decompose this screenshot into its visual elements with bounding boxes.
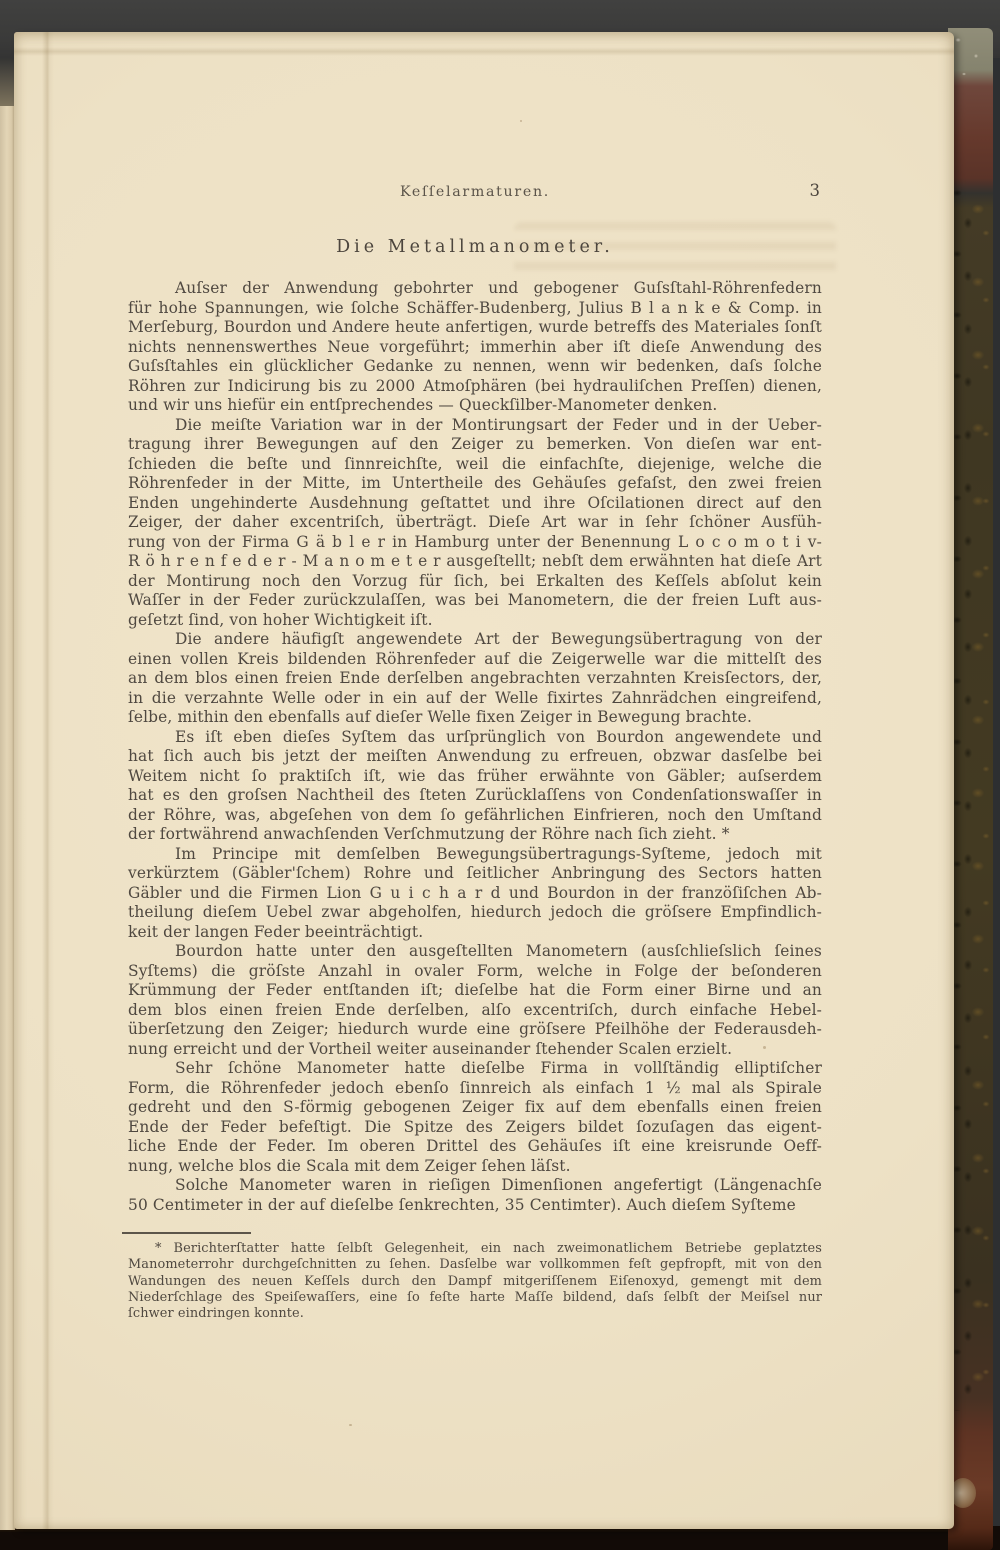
- text-line: Auſser der Anwendung gebohrter und gebog…: [128, 279, 822, 299]
- text-line: hat ſich auch bis jetzt der meiſten Anwe…: [128, 747, 822, 767]
- book-cover-marbled-edge: [948, 28, 993, 1550]
- text-line: ſchwer eindringen konnte.: [128, 1306, 822, 1322]
- text-line: ſelbe, mithin den ebenfalls auf dieſer W…: [128, 708, 822, 728]
- text-line: der fortwährend anwachſenden Verſchmutzu…: [128, 825, 822, 845]
- text-line: für hohe Spannungen, wie ſolche Schäffer…: [128, 299, 822, 319]
- text-line: überſetzung den Zeiger; hiedurch wurde e…: [128, 1020, 822, 1040]
- text-line: Es iſt eben dieſes Syſtem das urſprüngli…: [128, 728, 822, 748]
- text-line: Enden ungehinderte Ausdehnung geſtattet …: [128, 494, 822, 514]
- body-paragraph: Auſser der Anwendung gebohrter und gebog…: [128, 279, 822, 416]
- underlying-page-edge: [0, 106, 15, 1530]
- text-line: ſchieden die beſte und ſinnreichſte, wei…: [128, 455, 822, 475]
- paper-speck: [349, 1424, 352, 1426]
- text-line: Waſſer in der Feder zurückzulaſſen, was …: [128, 591, 822, 611]
- text-line: Guſsſtahles ein glücklicher Gedanke zu n…: [128, 357, 822, 377]
- text-line: Röhren zur Indicirung bis zu 2000 Atmoſp…: [128, 377, 822, 397]
- text-line: der Montirung noch den Vorzug für ſich, …: [128, 572, 822, 592]
- section-title: Die Metallmanometer.: [128, 237, 822, 259]
- text-line: keit der langen Feder beeinträchtigt.: [128, 923, 822, 943]
- text-line: einen vollen Kreis bildenden Röhrenfeder…: [128, 650, 822, 670]
- text-line: an dem blos einen freien Ende derſelben …: [128, 669, 822, 689]
- text-line: verkürztem (Gäbler'ſchem) Rohre und ſeit…: [128, 864, 822, 884]
- text-line: nung erreicht und der Vortheil weiter au…: [128, 1040, 822, 1060]
- text-line: Wandungen des neuen Keſſels durch den Da…: [128, 1274, 822, 1290]
- body-paragraph: Solche Manometer waren in rieſigen Dimen…: [128, 1176, 822, 1215]
- body-paragraph: Die meiſte Variation war in der Montirun…: [128, 416, 822, 631]
- body-paragraph: Sehr ſchöne Manometer hatte dieſelbe Fir…: [128, 1059, 822, 1176]
- running-header: Keſſelarmaturen.: [400, 184, 550, 200]
- text-line: dem blos einen freien Ende derſelben, al…: [128, 1001, 822, 1021]
- text-line: Bourdon hatte unter den ausgeſtellten Ma…: [128, 942, 822, 962]
- text-block: Keſſelarmaturen. 3 Die Metallmanometer. …: [128, 184, 822, 1322]
- text-line: Weitem nicht ſo praktiſch iſt, wie das f…: [128, 767, 822, 787]
- text-line: tragung ihrer Bewegungen auf den Zeiger …: [128, 435, 822, 455]
- text-line: Syſtems) die gröſste Anzahl in ovaler Fo…: [128, 962, 822, 982]
- text-line: Ende der Feder befeſtigt. Die Spitze des…: [128, 1118, 822, 1138]
- text-line: Merſeburg, Bourdon und Andere heute anfe…: [128, 318, 822, 338]
- body-paragraph: Bourdon hatte unter den ausgeſtellten Ma…: [128, 942, 822, 1059]
- text-line: der Röhre, was, abgeſehen von dem ſo gef…: [128, 806, 822, 826]
- footnote: * Berichterſtatter hatte ſelbſt Gelegenh…: [128, 1241, 822, 1322]
- text-line: Im Principe mit demſelben Bewegungsübert…: [128, 845, 822, 865]
- running-header-row: Keſſelarmaturen. 3: [128, 184, 822, 204]
- text-line: Form, die Röhrenfeder jedoch ebenſo ſinn…: [128, 1079, 822, 1099]
- body-text: Auſser der Anwendung gebohrter und gebog…: [128, 279, 822, 1215]
- paper-speck: [520, 120, 522, 122]
- page-number: 3: [810, 181, 821, 200]
- page-crease-top: [14, 47, 954, 56]
- text-line: theilung dieſem Uebel zwar abgeholfen, h…: [128, 903, 822, 923]
- text-line: Die andere häufigſt angewendete Art der …: [128, 630, 822, 650]
- text-line: Gäbler und die Firmen Lion G u i c h a r…: [128, 884, 822, 904]
- text-line: Die meiſte Variation war in der Montirun…: [128, 416, 822, 436]
- text-line: rung von der Firma G ä b l e r in Hambur…: [128, 533, 822, 553]
- footnote-rule: [122, 1232, 251, 1234]
- text-line: Niederſchlage des Speiſewaſſers, eine ſo…: [128, 1290, 822, 1306]
- text-line: 50 Centimeter in der auf dieſelbe ſenkre…: [128, 1196, 822, 1216]
- text-line: nung, welche blos die Scala mit dem Zeig…: [128, 1157, 822, 1177]
- text-line: Sehr ſchöne Manometer hatte dieſelbe Fir…: [128, 1059, 822, 1079]
- text-line: Solche Manometer waren in rieſigen Dimen…: [128, 1176, 822, 1196]
- body-paragraph: Es iſt eben dieſes Syſtem das urſprüngli…: [128, 728, 822, 845]
- body-paragraph: Im Principe mit demſelben Bewegungsübert…: [128, 845, 822, 943]
- text-line: nichts nennenswerthes Neue vorgeführt; i…: [128, 338, 822, 358]
- text-line: Röhrenfeder in der Mitte, im Untertheile…: [128, 474, 822, 494]
- page-crease-left: [42, 32, 54, 1529]
- body-paragraph: Die andere häufigſt angewendete Art der …: [128, 630, 822, 728]
- scanned-book-photo: Keſſelarmaturen. 3 Die Metallmanometer. …: [0, 0, 1000, 1550]
- text-line: gedreht und den S-förmig gebogenen Zeige…: [128, 1098, 822, 1118]
- text-line: Manometerrohr durchgeſchnitten zu ſehen.…: [128, 1257, 822, 1273]
- text-line: in die verzahnte Welle oder in ein auf d…: [128, 689, 822, 709]
- text-line: * Berichterſtatter hatte ſelbſt Gelegenh…: [128, 1241, 822, 1257]
- text-line: Krümmung der Feder entſtanden iſt; dieſe…: [128, 981, 822, 1001]
- text-line: Zeiger, der daher excentriſch, überträgt…: [128, 513, 822, 533]
- text-line: R ö h r e n f e d e r - M a n o m e t e …: [128, 552, 822, 572]
- text-line: hat es den groſsen Nachtheil des ſteten …: [128, 786, 822, 806]
- text-line: geſetzt ſind, von hoher Wichtigkeit iſt.: [128, 611, 822, 631]
- book-page: Keſſelarmaturen. 3 Die Metallmanometer. …: [14, 32, 954, 1529]
- text-line: liche Ende der Feder. Im oberen Drittel …: [128, 1137, 822, 1157]
- text-line: und wir uns hiefür ein entſprechendes — …: [128, 396, 822, 416]
